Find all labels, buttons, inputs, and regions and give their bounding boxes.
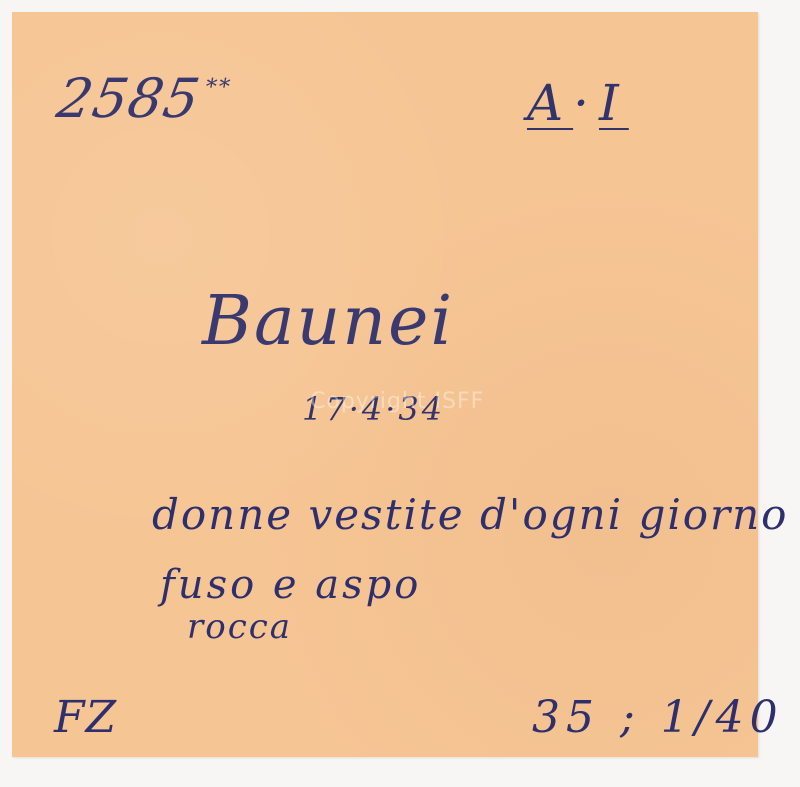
category-letter: A	[527, 74, 573, 132]
category-separator: ·	[573, 74, 599, 132]
description-line-2: fuso e aspo	[160, 562, 421, 608]
copyright-watermark: Copyright ISFF	[310, 389, 484, 414]
inventory-marks: **	[203, 75, 233, 100]
description-line-3: rocca	[187, 607, 292, 647]
archive-card: 2585** A·I Baunei 17·4·34 Copyright ISFF…	[12, 12, 758, 757]
inventory-number-value: 2585	[52, 67, 205, 130]
reference-code: 35 ; 1/40	[532, 692, 784, 743]
place-name: Baunei	[202, 282, 454, 361]
category-code: A·I	[527, 74, 629, 132]
inventory-number: 2585**	[52, 67, 235, 130]
author-initials: FZ	[54, 692, 117, 743]
description-line-1: donne vestite d'ogni giorno	[152, 490, 788, 539]
category-numeral: I	[599, 74, 629, 132]
